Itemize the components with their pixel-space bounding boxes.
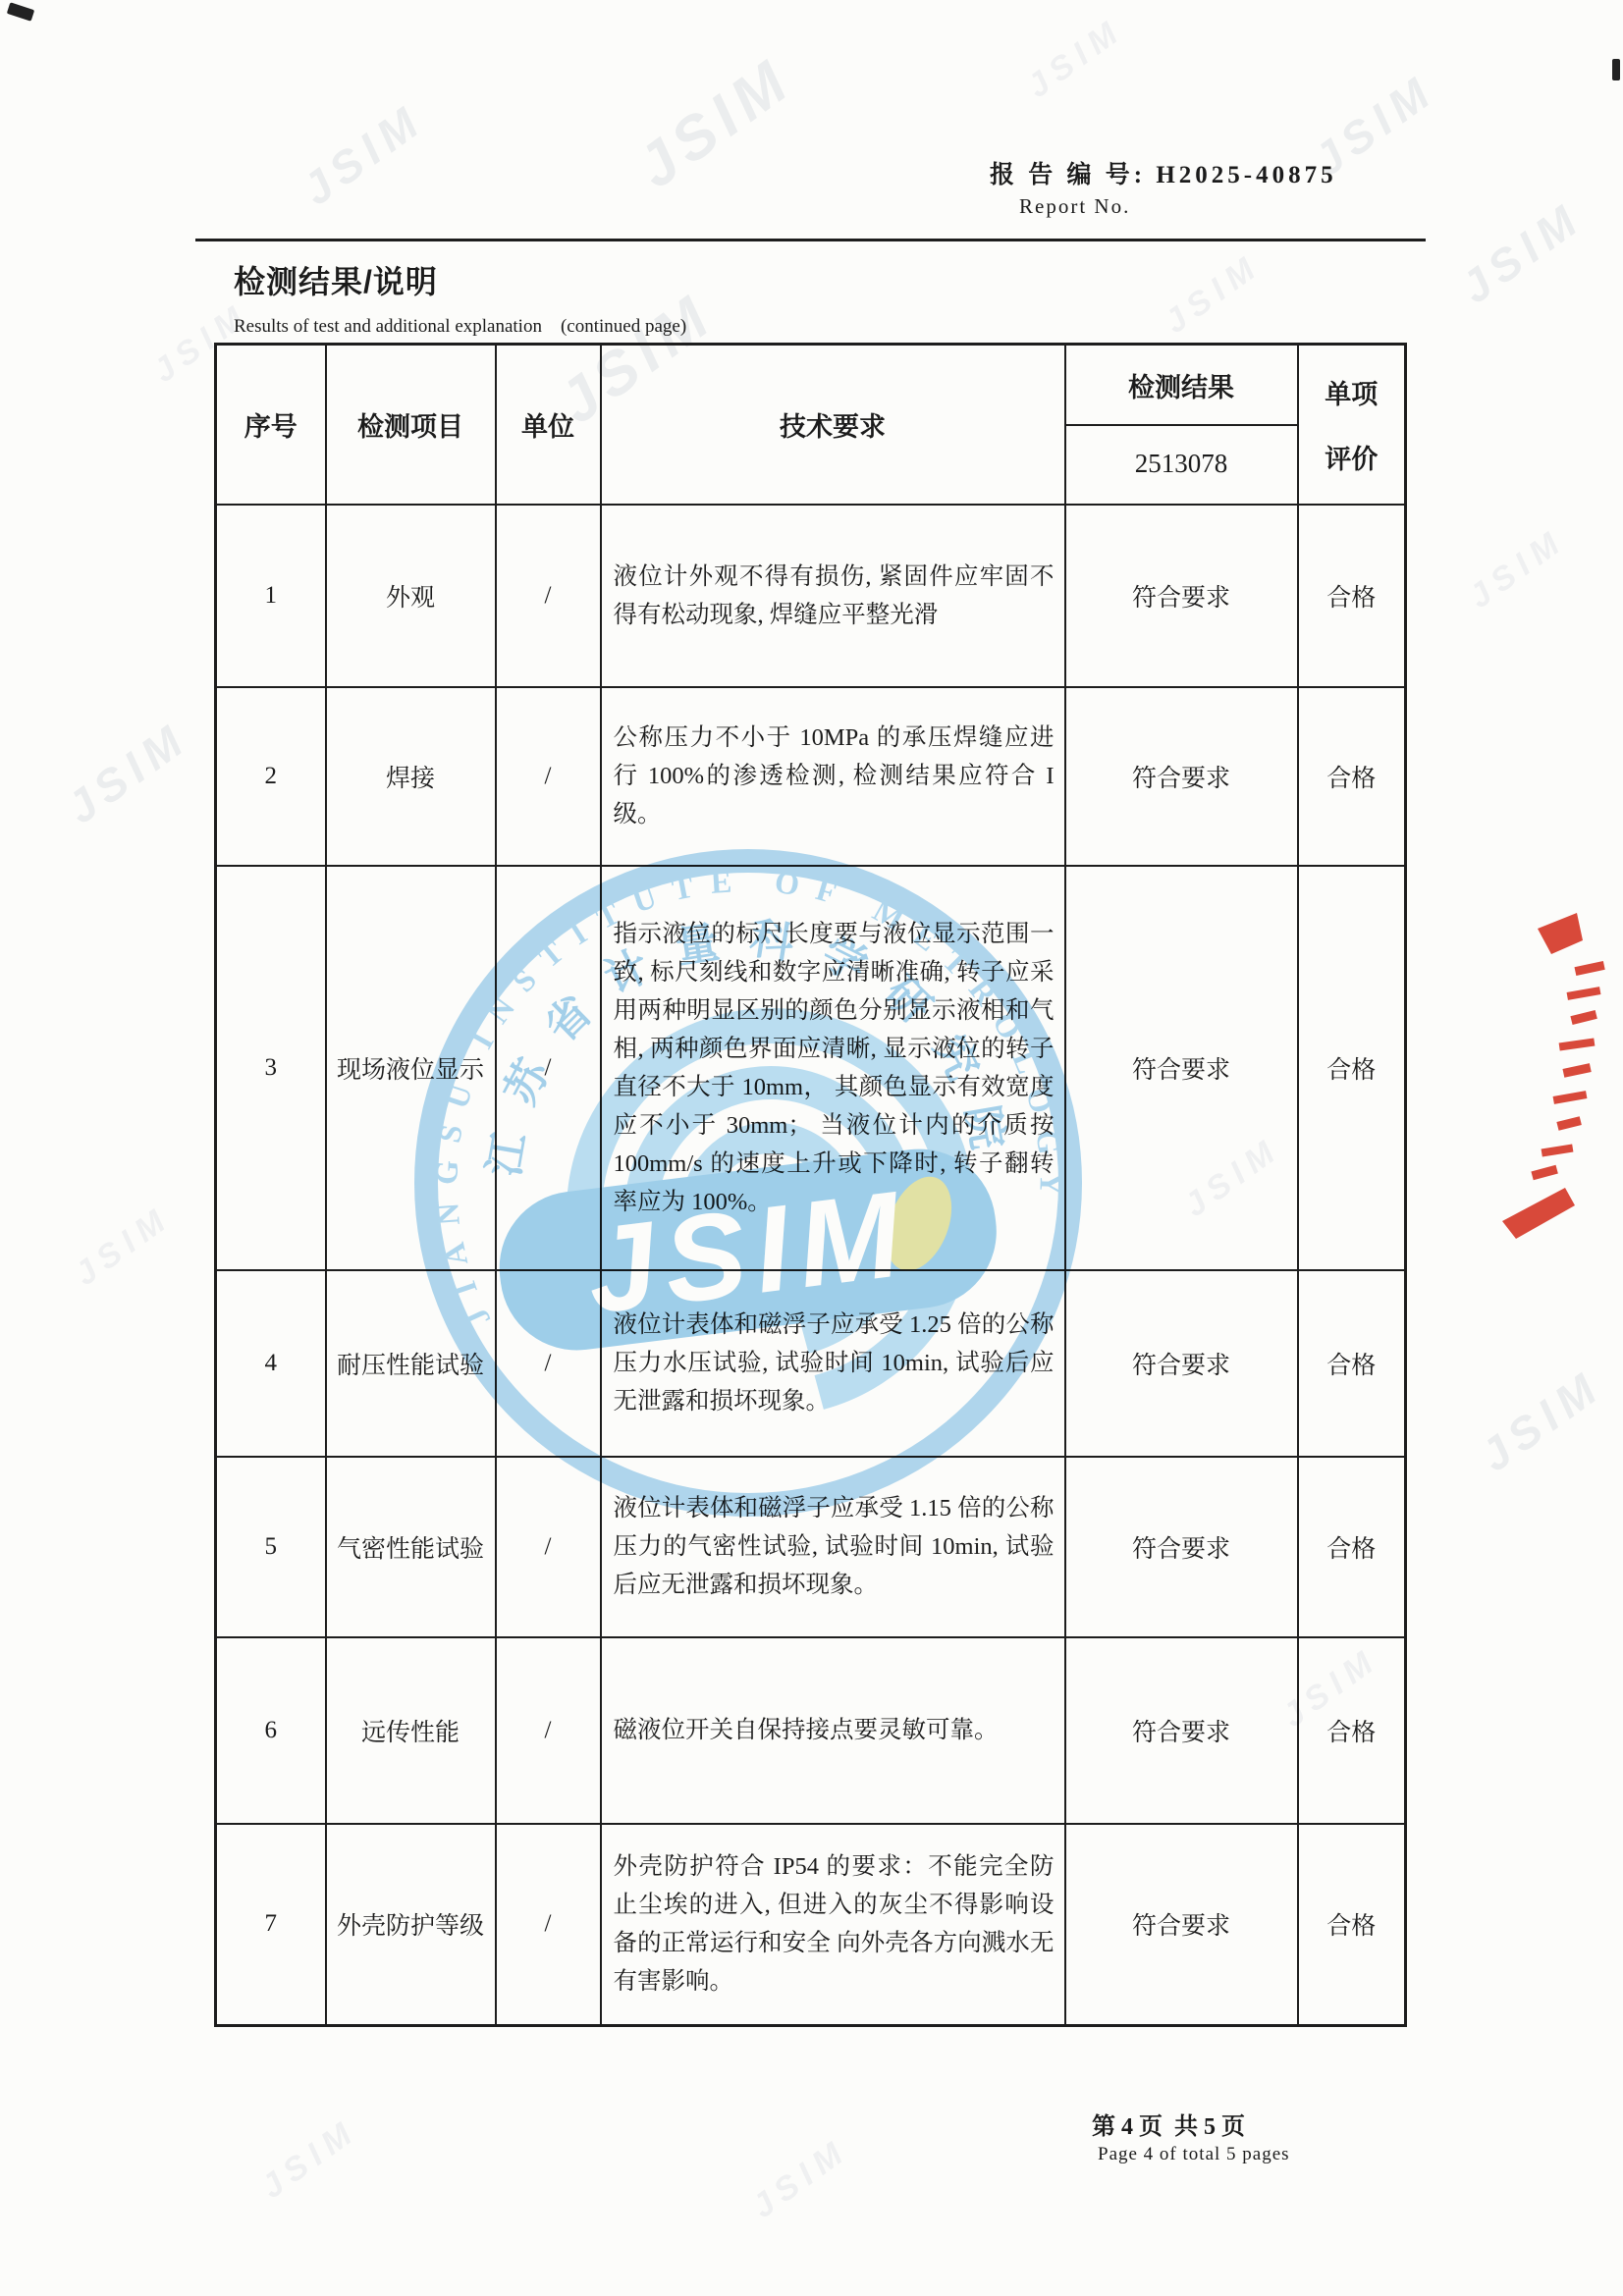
report-number-label-en: Report No. <box>1019 194 1130 219</box>
cell-evaluation: 合格 <box>1298 1457 1406 1637</box>
background-watermark: JSIM <box>1462 521 1573 616</box>
cell-evaluation: 合格 <box>1298 1270 1406 1457</box>
cell-requirement: 液位计表体和磁浮子应承受 1.15 倍的公称压力的气密性试验, 试验时间 10m… <box>601 1457 1065 1637</box>
cell-result: 符合要求 <box>1065 866 1298 1270</box>
sample-number: 2513078 <box>1066 426 1297 503</box>
background-watermark: JSIM <box>1470 1359 1611 1482</box>
cell-unit: / <box>496 505 601 687</box>
cell-item: 远传性能 <box>326 1637 496 1824</box>
cell-unit: / <box>496 866 601 1270</box>
cell-seq: 7 <box>216 1824 326 2026</box>
cell-unit: / <box>496 1824 601 2026</box>
cell-unit: / <box>496 1457 601 1637</box>
cell-evaluation: 合格 <box>1298 1824 1406 2026</box>
col-header-unit: 单位 <box>496 345 601 505</box>
cell-item: 耐压性能试验 <box>326 1270 496 1457</box>
col-header-evaluation: 单项 评价 <box>1298 345 1406 505</box>
cell-unit: / <box>496 687 601 866</box>
section-subtitle-en: Results of test and additional explanati… <box>234 316 686 338</box>
table-row: 6 远传性能 / 磁液位开关自保持接点要灵敏可靠。 符合要求 合格 <box>216 1637 1406 1824</box>
cell-item: 气密性能试验 <box>326 1457 496 1637</box>
col-header-seq: 序号 <box>216 345 326 505</box>
cell-result: 符合要求 <box>1065 1637 1298 1824</box>
background-watermark: JSIM <box>745 2131 856 2226</box>
col-header-item: 检测项目 <box>326 345 496 505</box>
cell-unit: / <box>496 1270 601 1457</box>
cell-result: 符合要求 <box>1065 687 1298 866</box>
cell-seq: 2 <box>216 687 326 866</box>
cell-result: 符合要求 <box>1065 1270 1298 1457</box>
cell-requirement: 液位计外观不得有损伤, 紧固件应牢固不得有松动现象, 焊缝应平整光滑 <box>601 505 1065 687</box>
col-header-requirement: 技术要求 <box>601 345 1065 505</box>
requirement-text: 液位计表体和磁浮子应承受 1.25 倍的公称压力水压试验, 试验时间 10min… <box>602 1298 1064 1428</box>
table-header-row: 序号 检测项目 单位 技术要求 检测结果 2513078 单项 评价 <box>216 345 1406 505</box>
section-title: 检测结果/说明 <box>234 257 438 302</box>
requirement-text: 公称压力不小于 10MPa 的承压焊缝应进行 100%的渗透检测, 检测结果应符… <box>602 711 1064 841</box>
col-header-evaluation-line2: 评价 <box>1325 438 1378 476</box>
background-watermark: JSIM <box>254 2111 365 2207</box>
scan-speck <box>1612 59 1620 80</box>
cell-item: 现场液位显示 <box>326 866 496 1270</box>
cell-item: 外壳防护等级 <box>326 1824 496 2026</box>
header-rule <box>195 239 1426 241</box>
cell-seq: 1 <box>216 505 326 687</box>
cell-requirement: 磁液位开关自保持接点要灵敏可靠。 <box>601 1637 1065 1824</box>
requirement-text: 外壳防护符合 IP54 的要求：不能完全防止尘埃的进入, 但进入的灰尘不得影响设… <box>602 1840 1064 2008</box>
cell-seq: 3 <box>216 866 326 1270</box>
cell-seq: 4 <box>216 1270 326 1457</box>
red-edge-stamp-icon <box>1481 911 1623 1250</box>
scanned-report-page: JSIM JSIM JSIM JSIM JSIM JSIM JSIM JSIM … <box>0 0 1623 2296</box>
cell-requirement: 外壳防护符合 IP54 的要求：不能完全防止尘埃的进入, 但进入的灰尘不得影响设… <box>601 1824 1065 2026</box>
table-row: 2 焊接 / 公称压力不小于 10MPa 的承压焊缝应进行 100%的渗透检测,… <box>216 687 1406 866</box>
background-watermark: JSIM <box>1020 11 1131 106</box>
page-number-en: Page 4 of total 5 pages <box>1098 2144 1290 2165</box>
requirement-text: 指示液位的标尺长度要与液位显示范围一致, 标尺刻线和数字应清晰准确, 转子应采用… <box>602 907 1064 1229</box>
table-row: 3 现场液位显示 / 指示液位的标尺长度要与液位显示范围一致, 标尺刻线和数字应… <box>216 866 1406 1270</box>
background-watermark: JSIM <box>292 92 433 216</box>
cell-result: 符合要求 <box>1065 1824 1298 2026</box>
report-number: 报 告 编 号: H2025-40875 <box>990 155 1337 190</box>
cell-item: 外观 <box>326 505 496 687</box>
cell-evaluation: 合格 <box>1298 866 1406 1270</box>
cell-seq: 5 <box>216 1457 326 1637</box>
table-row: 5 气密性能试验 / 液位计表体和磁浮子应承受 1.15 倍的公称压力的气密性试… <box>216 1457 1406 1637</box>
requirement-text: 液位计外观不得有损伤, 紧固件应牢固不得有松动现象, 焊缝应平整光滑 <box>602 550 1064 642</box>
scan-speck <box>7 2 34 21</box>
cell-result: 符合要求 <box>1065 505 1298 687</box>
table-row: 7 外壳防护等级 / 外壳防护符合 IP54 的要求：不能完全防止尘埃的进入, … <box>216 1824 1406 2026</box>
background-watermark: JSIM <box>56 711 197 834</box>
cell-evaluation: 合格 <box>1298 687 1406 866</box>
cell-item: 焊接 <box>326 687 496 866</box>
table-row: 1 外观 / 液位计外观不得有损伤, 紧固件应牢固不得有松动现象, 焊缝应平整光… <box>216 505 1406 687</box>
requirement-text: 磁液位开关自保持接点要灵敏可靠。 <box>602 1703 1064 1757</box>
results-table: 序号 检测项目 单位 技术要求 检测结果 2513078 单项 评价 1 外观 … <box>214 343 1407 2027</box>
cell-evaluation: 合格 <box>1298 1637 1406 1824</box>
cell-result: 符合要求 <box>1065 1457 1298 1637</box>
cell-unit: / <box>496 1637 601 1824</box>
background-watermark: JSIM <box>1450 190 1592 314</box>
cell-evaluation: 合格 <box>1298 505 1406 687</box>
col-header-evaluation-line1: 单项 <box>1325 373 1378 411</box>
table-row: 4 耐压性能试验 / 液位计表体和磁浮子应承受 1.25 倍的公称压力水压试验,… <box>216 1270 1406 1457</box>
cell-requirement: 指示液位的标尺长度要与液位显示范围一致, 标尺刻线和数字应清晰准确, 转子应采用… <box>601 866 1065 1270</box>
cell-requirement: 公称压力不小于 10MPa 的承压焊缝应进行 100%的渗透检测, 检测结果应符… <box>601 687 1065 866</box>
background-watermark: JSIM <box>624 44 806 202</box>
requirement-text: 液位计表体和磁浮子应承受 1.15 倍的公称压力的气密性试验, 试验时间 10m… <box>602 1481 1064 1612</box>
background-watermark: JSIM <box>68 1199 179 1294</box>
cell-seq: 6 <box>216 1637 326 1824</box>
col-header-result: 检测结果 2513078 <box>1065 345 1298 505</box>
cell-requirement: 液位计表体和磁浮子应承受 1.25 倍的公称压力水压试验, 试验时间 10min… <box>601 1270 1065 1457</box>
background-watermark: JSIM <box>1158 246 1269 342</box>
col-header-result-label: 检测结果 <box>1066 347 1297 426</box>
page-number-zh: 第 4 页 共 5 页 <box>1092 2107 1245 2141</box>
